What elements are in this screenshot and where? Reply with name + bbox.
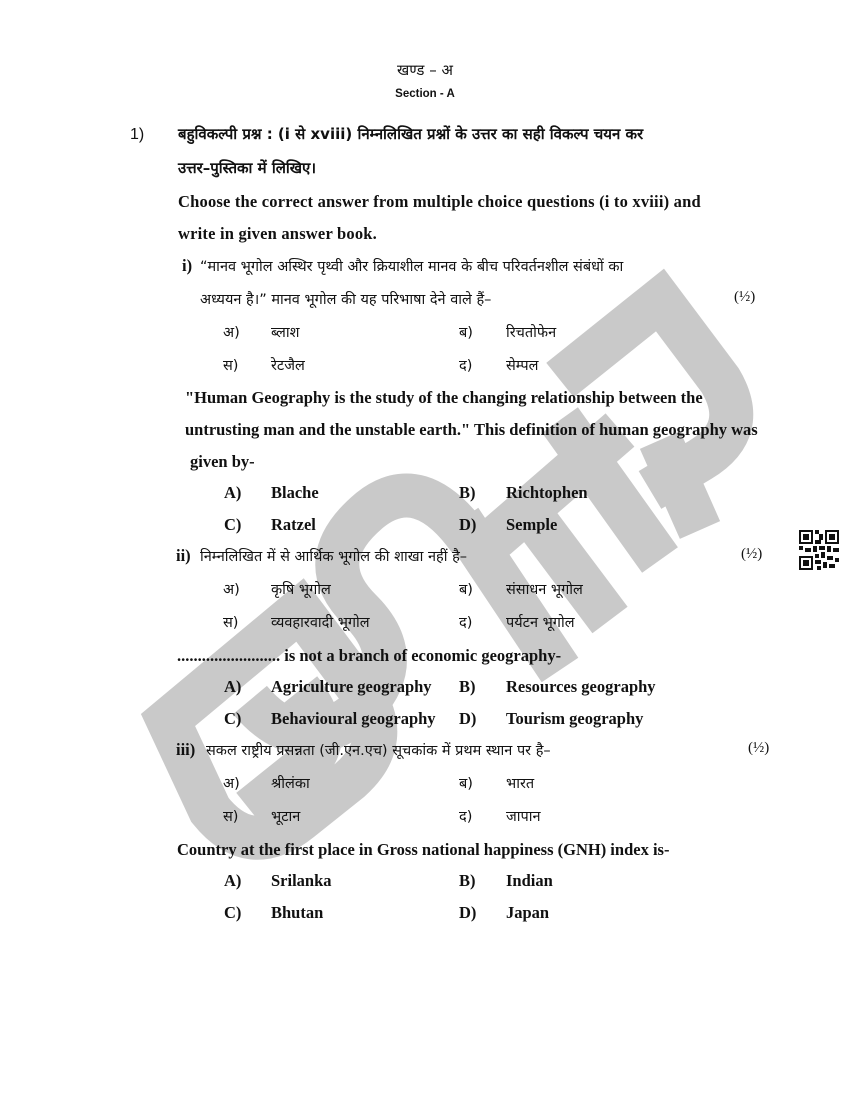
option-label: स)	[223, 355, 238, 375]
option-text: Richtophen	[506, 483, 588, 503]
question-iii-hindi-line1: सकल राष्ट्रीय प्रसन्नता (जी.एन.एच) सूचका…	[206, 740, 551, 760]
option-text: ब्लाश	[271, 322, 299, 342]
instruction-hindi-line1: बहुविकल्पी प्रश्न : (i से xviii) निम्नलि…	[178, 124, 643, 144]
option-label: ब)	[459, 322, 473, 342]
option-label: C)	[224, 515, 241, 535]
option-text: सेम्पल	[506, 355, 539, 375]
option-text: व्यवहारवादी भूगोल	[271, 612, 370, 632]
option-text: Srilanka	[271, 871, 332, 891]
option-text: Resources geography	[506, 677, 656, 697]
instruction-english-line1: Choose the correct answer from multiple …	[178, 192, 701, 212]
option-label: द)	[459, 612, 472, 632]
option-label: द)	[459, 355, 472, 375]
option-label: D)	[459, 709, 476, 729]
option-label: द)	[459, 806, 472, 826]
question-number: 1)	[130, 126, 144, 144]
option-text: Agriculture geography	[271, 677, 432, 697]
option-label: D)	[459, 903, 476, 923]
option-label: अ)	[223, 322, 240, 342]
option-text: कृषि भूगोल	[271, 579, 331, 599]
option-text: भूटान	[271, 806, 300, 826]
question-iii-marks: (½)	[748, 740, 769, 757]
instruction-english-line2: write in given answer book.	[178, 224, 377, 244]
question-i-hindi-line2: अध्ययन है।” मानव भूगोल की यह परिभाषा देन…	[200, 289, 491, 309]
option-label: B)	[459, 677, 476, 697]
question-iii-english-line1: Country at the first place in Gross nati…	[177, 840, 669, 860]
option-text: Bhutan	[271, 903, 323, 923]
option-label: B)	[459, 871, 476, 891]
option-text: पर्यटन भूगोल	[506, 612, 575, 632]
option-label: स)	[223, 806, 238, 826]
exam-page: खण्ड – अ Section - A 1) बहुविकल्पी प्रश्…	[0, 0, 850, 1100]
instruction-hindi-line2: उत्तर–पुस्तिका में लिखिए।	[178, 158, 316, 178]
option-text: Blache	[271, 483, 319, 503]
question-ii-number: ii)	[176, 546, 191, 566]
option-text: Japan	[506, 903, 549, 923]
question-i-english-line3: given by-	[190, 452, 255, 472]
question-i-number: i)	[182, 256, 192, 276]
question-iii-number: iii)	[176, 740, 195, 760]
question-i-english-line2: untrusting man and the unstable earth." …	[185, 420, 758, 440]
option-label: C)	[224, 903, 241, 923]
option-label: C)	[224, 709, 241, 729]
option-label: A)	[224, 483, 241, 503]
option-label: स)	[223, 612, 238, 632]
option-text: श्रीलंका	[271, 773, 310, 793]
option-text: रेटजैल	[271, 355, 305, 375]
section-title-hindi: खण्ड – अ	[0, 60, 850, 80]
option-label: अ)	[223, 773, 240, 793]
option-text: जापान	[506, 806, 541, 826]
qr-code-icon[interactable]	[799, 530, 839, 570]
option-label: A)	[224, 677, 241, 697]
option-text: रिचतोफेन	[506, 322, 556, 342]
option-text: Ratzel	[271, 515, 316, 535]
question-ii-marks: (½)	[741, 546, 762, 563]
option-label: B)	[459, 483, 476, 503]
question-i-hindi-line1: “मानव भूगोल अस्थिर पृथ्वी और क्रियाशील म…	[200, 256, 623, 276]
question-i-english-line1: "Human Geography is the study of the cha…	[185, 388, 703, 408]
question-i-marks: (½)	[734, 289, 755, 306]
option-text: भारत	[506, 773, 534, 793]
option-text: Behavioural geography	[271, 709, 436, 729]
option-label: ब)	[459, 773, 473, 793]
option-label: A)	[224, 871, 241, 891]
option-text: Tourism geography	[506, 709, 643, 729]
section-title-english: Section - A	[0, 88, 850, 100]
option-text: Indian	[506, 871, 553, 891]
option-label: D)	[459, 515, 476, 535]
option-label: अ)	[223, 579, 240, 599]
option-label: ब)	[459, 579, 473, 599]
question-ii-english-line1: ......................... is not a branc…	[177, 646, 561, 666]
option-text: Semple	[506, 515, 557, 535]
option-text: संसाधन भूगोल	[506, 579, 583, 599]
question-ii-hindi-line1: निम्नलिखित में से आर्थिक भूगोल की शाखा न…	[200, 546, 467, 566]
